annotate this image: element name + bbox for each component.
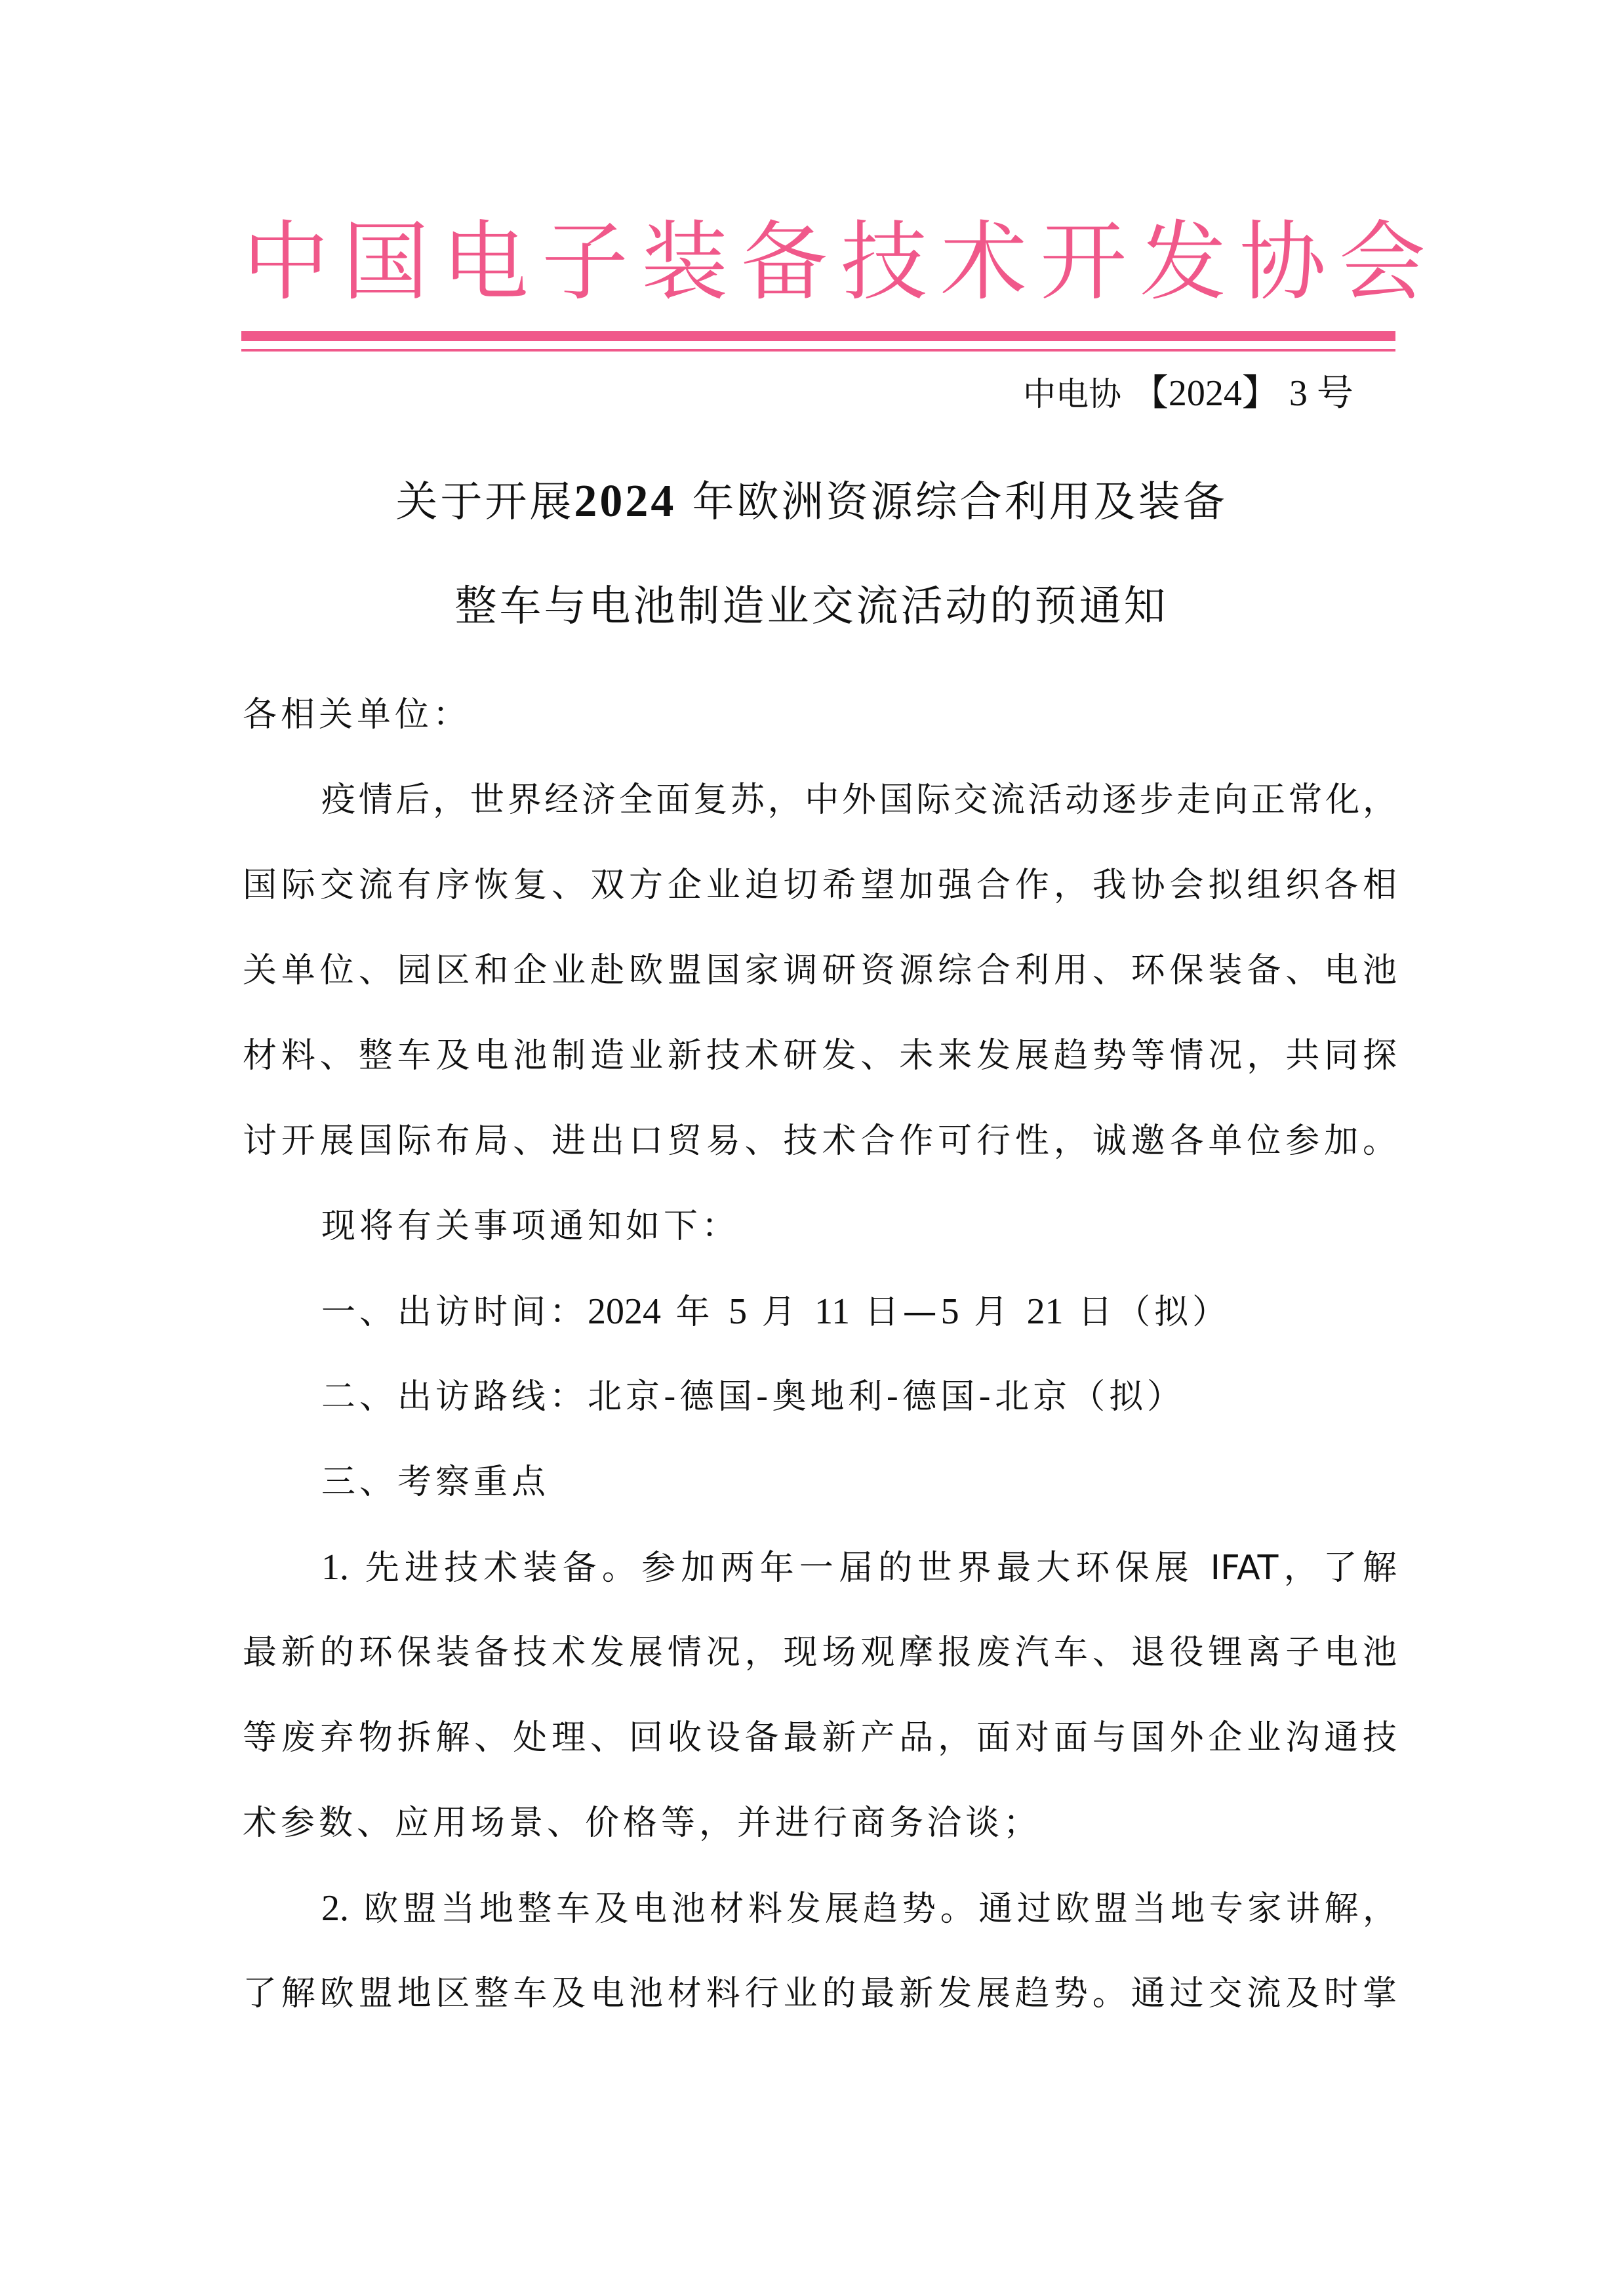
- intro-paragraph-line: 材料、整车及电池制造业新技术研发、未来发展趋势等情况，共同探: [243, 1030, 1397, 1082]
- document-number: 中电协 【2024】 3 号: [1023, 371, 1353, 417]
- point-1-line: 最新的环保装备技术发展情况，现场观摩报废汽车、退役锂离子电池: [243, 1626, 1397, 1679]
- document-title-line-2: 整车与电池制造业交流活动的预通知: [0, 577, 1623, 636]
- point-number: 1.: [321, 1547, 349, 1588]
- organization-letterhead: 中国电子装备技术开发协会: [243, 210, 1397, 315]
- date-text: 日（拟）: [1064, 1293, 1231, 1332]
- title-year: 2024: [574, 476, 676, 527]
- intro-paragraph-line: 讨开展国际布局、进出口贸易、技术合作可行性，诚邀各单位参加。: [243, 1115, 1397, 1167]
- title-text: 关于开展: [395, 478, 574, 527]
- letterhead-divider-thick: [241, 331, 1395, 341]
- date-month: 5: [941, 1291, 959, 1332]
- point-text: 先进技术装备。参加两年一届的世界最大环保展 IFAT，了解: [349, 1548, 1397, 1588]
- date-day: 21: [1027, 1291, 1064, 1332]
- item-focus-heading: 三、考察重点: [321, 1456, 1397, 1508]
- intro-paragraph-line: 疫情后，世界经济全面复苏，中外国际交流活动逐步走向正常化，: [321, 774, 1397, 826]
- item-label: 一、出访时间：: [321, 1293, 588, 1332]
- point-1-line: 术参数、应用场景、价格等，并进行商务洽谈；: [243, 1797, 1397, 1849]
- document-title-line-1: 关于开展2024 年欧洲资源综合利用及装备: [0, 472, 1623, 532]
- date-year: 2024: [588, 1291, 661, 1332]
- point-2-line: 了解欧盟地区整车及电池材料行业的最新发展趋势。通过交流及时掌: [243, 1967, 1397, 2020]
- point-text: 欧盟当地整车及电池材料发展趋势。通过欧盟当地专家讲解，: [349, 1889, 1397, 1929]
- salutation: 各相关单位：: [243, 689, 1397, 741]
- doc-number-year: 【2024】: [1132, 373, 1279, 414]
- date-text: 月: [959, 1293, 1027, 1332]
- notice-lead: 现将有关事项通知如下：: [321, 1200, 1397, 1253]
- date-month: 5: [729, 1291, 747, 1332]
- point-1-line: 等废弃物拆解、处理、回收设备最新产品，面对面与国外企业沟通技: [243, 1712, 1397, 1764]
- date-text: 日—: [850, 1293, 941, 1332]
- date-day: 11: [814, 1291, 850, 1332]
- point-number: 2.: [321, 1888, 349, 1929]
- item-value: 北京-德国-奥地利-德国-北京（拟）: [588, 1377, 1185, 1417]
- item-label: 二、出访路线：: [321, 1377, 588, 1417]
- item-visit-route: 二、出访路线：北京-德国-奥地利-德国-北京（拟）: [321, 1371, 1397, 1423]
- date-text: 年: [661, 1293, 729, 1332]
- intro-paragraph-line: 关单位、园区和企业赴欧盟国家调研资源综合利用、环保装备、电池: [243, 944, 1397, 997]
- doc-number-prefix: 中电协: [1023, 375, 1121, 413]
- point-1-line: 1. 先进技术装备。参加两年一届的世界最大环保展 IFAT，了解: [321, 1541, 1397, 1594]
- date-text: 月: [747, 1293, 814, 1332]
- item-visit-time: 一、出访时间：2024 年 5 月 11 日—5 月 21 日（拟）: [321, 1285, 1397, 1339]
- title-text: 年欧洲资源综合利用及装备: [676, 478, 1227, 527]
- point-2-line: 2. 欧盟当地整车及电池材料发展趋势。通过欧盟当地专家讲解，: [321, 1882, 1397, 1935]
- doc-number-suffix: 3 号: [1289, 373, 1353, 414]
- letterhead-divider-thin: [241, 349, 1395, 352]
- intro-paragraph-line: 国际交流有序恢复、双方企业迫切希望加强合作，我协会拟组织各相: [243, 859, 1397, 912]
